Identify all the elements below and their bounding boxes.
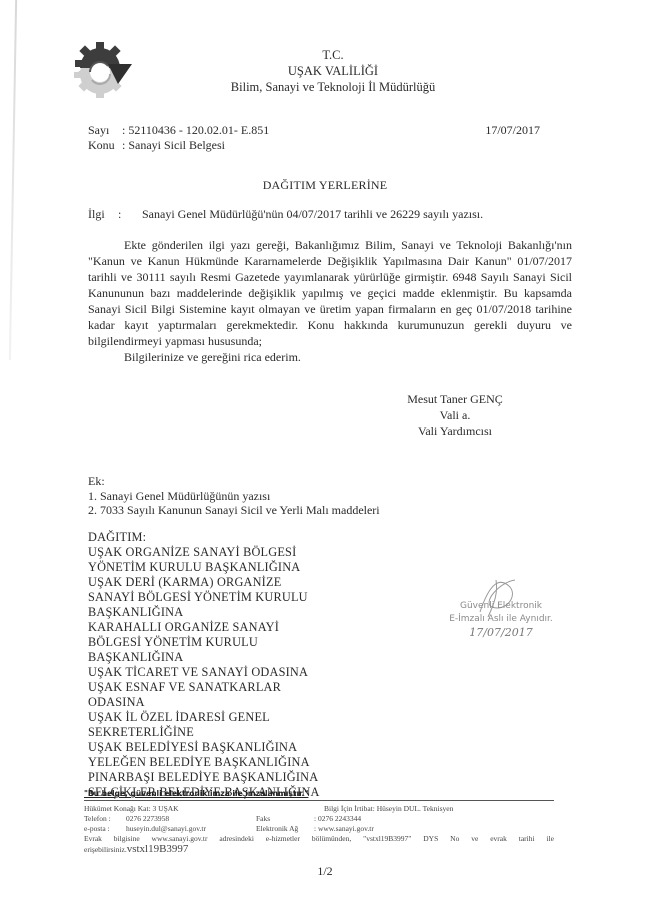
attachment-item: 1. Sanayi Genel Müdürlüğünün yazısı — [88, 489, 380, 504]
stamp-line-2: E-İmzalı Aslı ile Aynıdır. — [436, 613, 566, 626]
signer-name: Mesut Taner GENÇ — [390, 391, 520, 407]
distribution-line: SANAYİ BÖLGESİ YÖNETİM KURULU — [88, 590, 320, 605]
web-link[interactable]: : www.sanayi.gov.tr — [314, 824, 374, 834]
distribution-line: UŞAK BELEDİYESİ BAŞKANLIĞINA — [88, 740, 320, 755]
distribution-line: BAŞKANLIĞINA — [88, 605, 320, 620]
signer-title-2: Vali Yardımcısı — [390, 423, 520, 439]
konu-value: : Sanayi Sicil Belgesi — [122, 138, 225, 152]
letterhead-directorate: Bilim, Sanayi ve Teknoloji İl Müdürlüğü — [183, 79, 483, 95]
stamp-line-1: Güvenli Elektronik — [436, 600, 566, 613]
attachments: Ek: 1. Sanayi Genel Müdürlüğünün yazısı … — [88, 474, 380, 518]
sayi-label: Sayı — [88, 123, 122, 138]
letterhead-governorship: UŞAK VALİLİĞİ — [233, 63, 433, 79]
reference-line: İlgi:Sanayi Genel Müdürlüğü'nün 04/07/20… — [88, 207, 483, 222]
distribution-line: ODASINA — [88, 695, 320, 710]
ilgi-label: İlgi — [88, 207, 118, 222]
signer-title-1: Vali a. — [390, 407, 520, 423]
footer-address: Hükümet Konağı Kat: 3 UŞAK — [84, 804, 179, 814]
distribution-label: DAĞITIM: — [88, 530, 320, 545]
web-label: Elektronik Ağ — [256, 824, 298, 834]
fax-label: Faks — [256, 814, 270, 824]
document-date: 17/07/2017 — [485, 123, 540, 138]
fax-value: : 0276 2243344 — [314, 814, 361, 824]
stamp-handwritten-date: 17/07/2017 — [436, 626, 566, 639]
body-paragraph-1: Ekte gönderilen ilgi yazı gereği, Bakanl… — [88, 237, 572, 349]
document-footer: "Bu belge, güvenli elektronik imza ile i… — [84, 789, 554, 855]
attachment-item: 2. 7033 Sayılı Kanunun Sanayi Sicil ve Y… — [88, 503, 380, 518]
letterhead-tc: T.C. — [283, 47, 383, 63]
distribution-heading: DAĞITIM YERLERİNE — [0, 178, 650, 193]
sayi-value: : 52110436 - 120.02.01- E.851 — [122, 123, 269, 137]
e-signature-notice: "Bu belge, güvenli elektronik imza ile i… — [84, 789, 554, 801]
page-number: 1/2 — [0, 864, 650, 879]
signature-block: Mesut Taner GENÇ Vali a. Vali Yardımcısı — [390, 391, 520, 439]
certified-copy-stamp: Güvenli Elektronik E-İmzalı Aslı ile Ayn… — [436, 600, 566, 639]
verify-text-2: erişebilirsiniz. — [84, 845, 127, 854]
konu-label: Konu — [88, 138, 122, 153]
gear-arrow-logo — [72, 38, 134, 100]
dys-code: vstxl19B3997 — [127, 843, 189, 855]
body-paragraph-2: Bilgilerinize ve gereğini rica ederim. — [88, 349, 572, 365]
attachments-label: Ek: — [88, 474, 380, 489]
distribution-line: UŞAK DERİ (KARMA) ORGANİZE — [88, 575, 320, 590]
distribution-list: DAĞITIM: UŞAK ORGANİZE SANAYİ BÖLGESİ YÖ… — [88, 530, 320, 800]
email-label: e-posta : — [84, 824, 110, 834]
distribution-line: UŞAK ORGANİZE SANAYİ BÖLGESİ — [88, 545, 320, 560]
letter-body: Ekte gönderilen ilgi yazı gereği, Bakanl… — [88, 237, 572, 365]
distribution-line: UŞAK İL ÖZEL İDARESİ GENEL — [88, 710, 320, 725]
phone-label: Telefon : — [84, 814, 111, 824]
distribution-line: BÖLGESİ YÖNETİM KURULU — [88, 635, 320, 650]
distribution-line: PINARBAŞI BELEDİYE BAŞKANLIĞINA — [88, 770, 320, 785]
distribution-line: SEKRETERLİĞİNE — [88, 725, 320, 740]
distribution-line: BAŞKANLIĞINA — [88, 650, 320, 665]
phone-value: 0276 2273958 — [126, 814, 169, 824]
ilgi-text: Sanayi Genel Müdürlüğü'nün 04/07/2017 ta… — [142, 207, 483, 221]
email-link[interactable]: huseyin.dul@sanayi.gov.tr — [126, 824, 206, 834]
distribution-line: KARAHALLI ORGANİZE SANAYİ — [88, 620, 320, 635]
distribution-line: UŞAK ESNAF VE SANATKARLAR — [88, 680, 320, 695]
ilgi-colon: : — [118, 207, 142, 222]
document-meta: Sayı: 52110436 - 120.02.01- E.851 Konu: … — [88, 123, 269, 153]
footer-contact: Bilgi İçin İrtibat: Hüseyin DUL. Teknisy… — [324, 804, 453, 814]
distribution-line: YÖNETİM KURULU BAŞKANLIĞINA — [88, 560, 320, 575]
distribution-line: YELEĞEN BELEDİYE BAŞKANLIĞINA — [88, 755, 320, 770]
distribution-line: UŞAK TİCARET VE SANAYİ ODASINA — [88, 665, 320, 680]
